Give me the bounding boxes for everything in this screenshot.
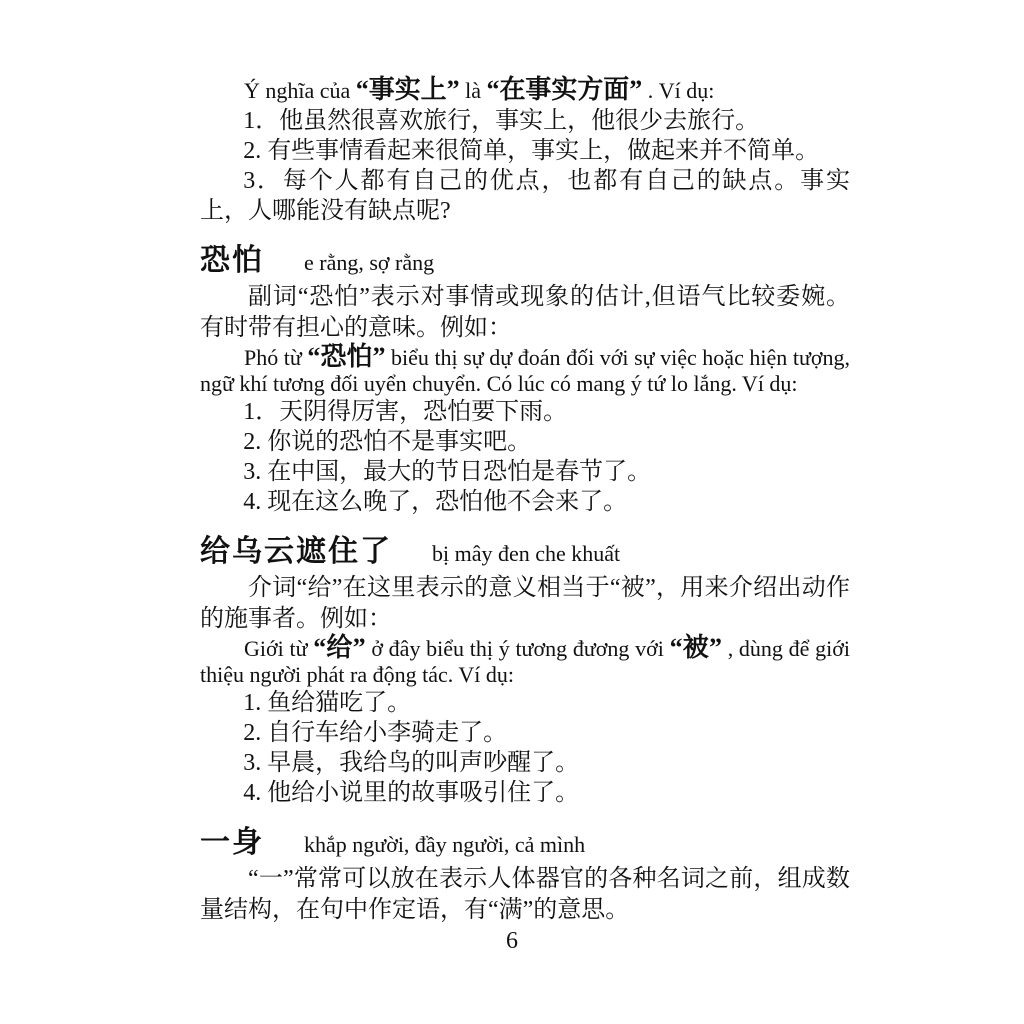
example-sentence: 1．天阴得厉害，恐怕要下雨。 (200, 397, 850, 427)
entry-explanation-vi: Phó từ “恐怕” biểu thị sự dự đoán đối với … (200, 344, 850, 397)
example-sentence: 2. 有些事情看起来很简单，事实上，做起来并不简单。 (200, 136, 850, 166)
intro-zh-term: “在事实方面” (487, 75, 643, 104)
entry-headword: 一身 (200, 817, 264, 861)
entry-headword: 给乌云遮住了 (200, 526, 392, 570)
entry-gloss: bị mây đen che khuất (432, 541, 620, 567)
vi-text-part: Phó từ (244, 345, 307, 370)
entry-explanation-zh: 介词“给”在这里表示的意义相当于“被”，用来介绍出动作的施事者。例如： (200, 573, 850, 635)
document-page: Ý nghĩa của “事实上” là “在事实方面” . Ví dụ: 1．… (0, 0, 1024, 1024)
intro-zh-term: “事实上” (356, 75, 460, 104)
example-sentence: 3. 早晨，我给鸟的叫声吵醒了。 (200, 748, 850, 778)
entry-explanation-zh: 副词“恐怕”表示对事情或现象的估计,但语气比较委婉。有时带有担心的意味。例如： (200, 282, 850, 344)
page-number: 6 (0, 928, 1024, 955)
vi-text-part: Giới từ (244, 636, 313, 661)
entry-heading: 恐怕 e rằng, sợ rằng (200, 235, 850, 279)
vi-zh-term: “恐怕” (307, 342, 385, 371)
entry-heading: 给乌云遮住了 bị mây đen che khuất (200, 526, 850, 570)
entry-gloss: khắp người, đầy người, cả mình (304, 832, 585, 858)
page-content: Ý nghĩa của “事实上” là “在事实方面” . Ví dụ: 1．… (200, 74, 850, 926)
intro-line: Ý nghĩa của “事实上” là “在事实方面” . Ví dụ: (200, 74, 850, 106)
vi-zh-term: “给” (313, 633, 365, 662)
intro-text-part: . Ví dụ: (642, 78, 714, 103)
example-sentence: 3．每个人都有自己的优点，也都有自己的缺点。事实上，人哪能没有缺点呢? (200, 166, 850, 226)
example-sentence: 3. 在中国，最大的节日恐怕是春节了。 (200, 457, 850, 487)
entry-headword: 恐怕 (200, 235, 264, 279)
intro-text-part: Ý nghĩa của (244, 78, 356, 103)
vi-zh-term: “被” (670, 633, 722, 662)
vi-text-part: ở đây biểu thị ý tương đương với (366, 636, 670, 661)
entry-gloss: e rằng, sợ rằng (304, 250, 434, 276)
entry-heading: 一身 khắp người, đầy người, cả mình (200, 817, 850, 861)
example-sentence: 2. 自行车给小李骑走了。 (200, 718, 850, 748)
entry-explanation-zh: “一”常常可以放在表示人体器官的各种名词之前，组成数量结构，在句中作定语，有“满… (200, 864, 850, 926)
example-sentence: 1．他虽然很喜欢旅行，事实上，他很少去旅行。 (200, 106, 850, 136)
intro-text-part: là (460, 78, 487, 103)
example-sentence: 2. 你说的恐怕不是事实吧。 (200, 427, 850, 457)
example-sentence: 4. 现在这么晚了，恐怕他不会来了。 (200, 487, 850, 517)
example-sentence: 4. 他给小说里的故事吸引住了。 (200, 778, 850, 808)
entry-explanation-vi: Giới từ “给” ở đây biểu thị ý tương đương… (200, 635, 850, 688)
example-sentence: 1. 鱼给猫吃了。 (200, 688, 850, 718)
